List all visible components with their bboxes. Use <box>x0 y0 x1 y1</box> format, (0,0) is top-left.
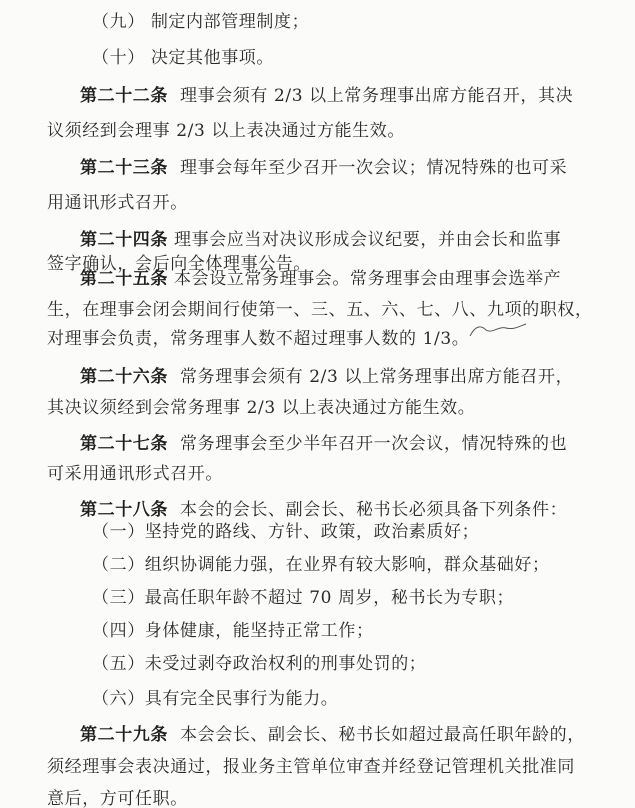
article-29-line-2: 须经理事会表决通过，报业务主管单位审查并经登记管理机关批准同 <box>47 757 575 777</box>
article-27-line-1: 第二十七条常务理事会至少半年召开一次会议，情况特殊的也 <box>80 434 567 454</box>
document-page: （九）制定内部管理制度； （十）决定其他事项。 第二十二条理事会须有 2/3 以… <box>0 0 635 808</box>
article-22-line-1: 第二十二条理事会须有 2/3 以上常务理事出席方能召开，其决 <box>80 86 573 106</box>
article-27-line-2: 可采用通讯形式召开。 <box>47 464 223 484</box>
article-label: 第二十四条 <box>80 230 168 250</box>
article-text: 本会的会长、副会长、秘书长必须具备下列条件： <box>180 500 567 520</box>
condition-3: （三）最高任职年龄不超过 70 周岁，秘书长为专职； <box>92 588 514 608</box>
article-text: 理事会须有 2/3 以上常务理事出席方能召开，其决 <box>180 86 573 106</box>
article-text: 理事会应当对决议形成会议纪要，并由会长和监事 <box>174 230 561 250</box>
article-22-line-2: 议须经到会理事 2/3 以上表决通过方能生效。 <box>47 121 405 141</box>
article-28-line-1: 第二十八条本会的会长、副会长、秘书长必须具备下列条件： <box>80 500 567 520</box>
article-text: 本会会长、副会长、秘书长如超过最高任职年龄的， <box>180 725 585 745</box>
article-26-line-2: 其决议须经到会常务理事 2/3 以上表决通过方能生效。 <box>47 398 475 418</box>
item-number: （九） <box>92 12 145 32</box>
handwritten-mark-icon <box>468 322 528 338</box>
article-label: 第二十九条 <box>80 725 168 745</box>
article-29-line-3: 意后，方可任职。 <box>47 789 188 808</box>
item-text: 制定内部管理制度； <box>151 12 309 32</box>
article-25-line-1: 第二十五条本会设立常务理事会。常务理事会由理事会选举产 <box>80 269 561 289</box>
condition-1: （一）坚持党的路线、方针、政策，政治素质好； <box>92 522 479 542</box>
article-24-line-1: 第二十四条理事会应当对决议形成会议纪要，并由会长和监事 <box>80 230 561 250</box>
condition-2: （二）组织协调能力强，在业界有较大影响，群众基础好； <box>92 555 550 575</box>
article-label: 第二十七条 <box>80 434 168 454</box>
article-label: 第二十三条 <box>80 158 168 178</box>
article-25-line-2: 生，在理事会闭会期间行使第一、三、五、六、七、八、九项的职权， <box>47 300 593 320</box>
item-number: （十） <box>92 48 145 68</box>
article-text: 理事会每年至少召开一次会议；情况特殊的也可采 <box>180 158 567 178</box>
list-item-10: （十）决定其他事项。 <box>92 48 274 68</box>
article-25-line-3: 对理事会负责，常务理事人数不超过理事人数的 1/3。 <box>47 329 469 349</box>
article-label: 第二十六条 <box>80 367 168 387</box>
article-text: 常务理事会至少半年召开一次会议，情况特殊的也 <box>180 434 567 454</box>
article-label: 第二十二条 <box>80 86 168 106</box>
condition-4: （四）身体健康，能坚持正常工作； <box>92 621 374 641</box>
article-23-line-2: 用通讯形式召开。 <box>47 193 188 213</box>
article-23-line-1: 第二十三条理事会每年至少召开一次会议；情况特殊的也可采 <box>80 158 567 178</box>
condition-6: （六）具有完全民事行为能力。 <box>92 689 338 709</box>
article-text: 常务理事会须有 2/3 以上常务理事出席方能召开， <box>180 367 573 387</box>
list-item-9: （九）制定内部管理制度； <box>92 12 309 32</box>
article-label: 第二十八条 <box>80 500 168 520</box>
article-label: 第二十五条 <box>80 269 168 289</box>
article-26-line-1: 第二十六条常务理事会须有 2/3 以上常务理事出席方能召开， <box>80 367 573 387</box>
condition-5: （五）未受过剥夺政治权利的刑事处罚的； <box>92 654 426 674</box>
item-text: 决定其他事项。 <box>151 48 274 68</box>
article-29-line-1: 第二十九条本会会长、副会长、秘书长如超过最高任职年龄的， <box>80 725 585 745</box>
article-text: 本会设立常务理事会。常务理事会由理事会选举产 <box>174 269 561 289</box>
